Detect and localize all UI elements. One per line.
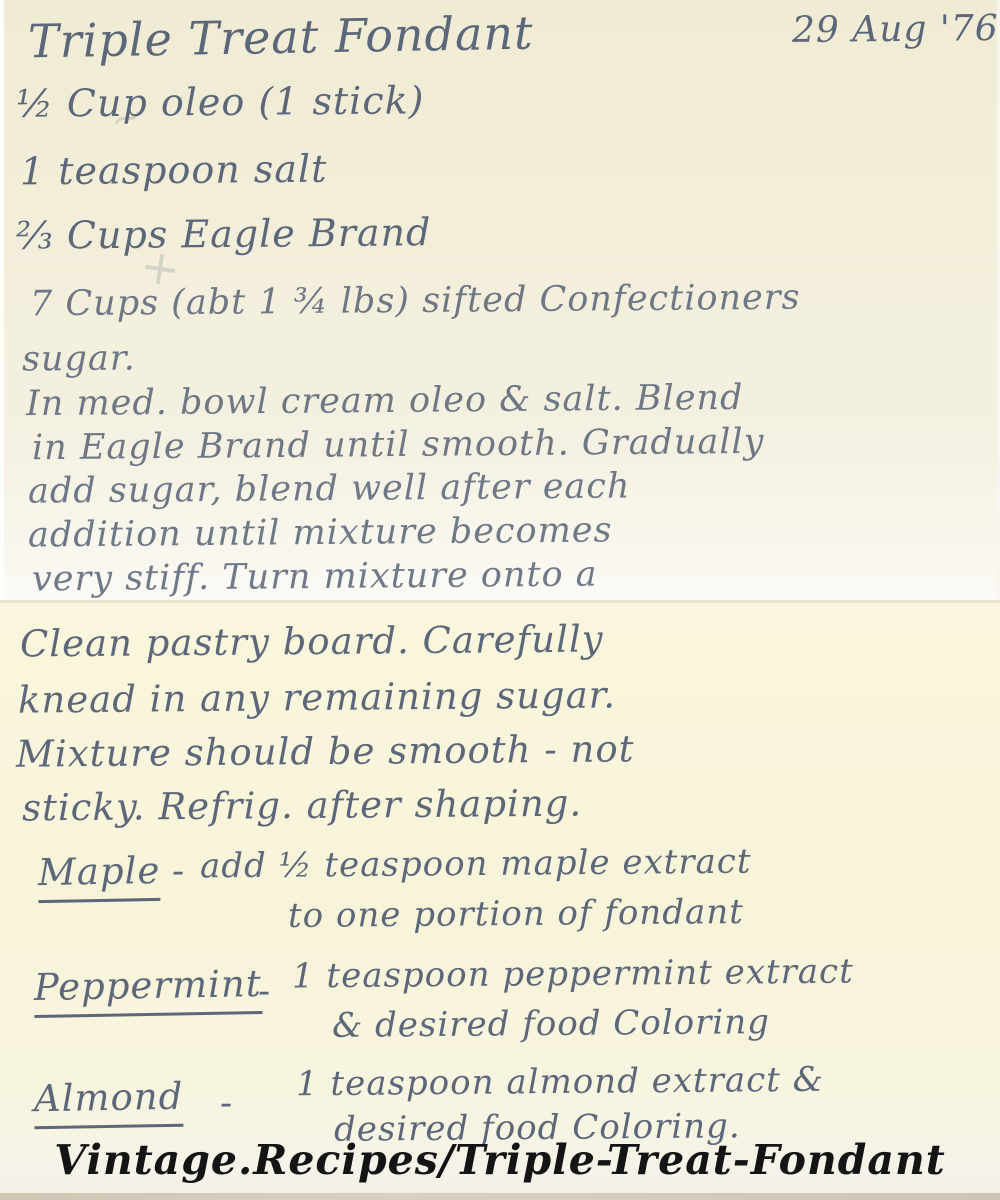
variation-name-almond: Almond (34, 1077, 184, 1129)
ingredient-line: ½ Cup oleo (1 stick) (16, 80, 425, 125)
watermark-text: Vintage.Recipes/Triple-Treat-Fondant (0, 1136, 1000, 1184)
ingredient-line: 7 Cups (abt 1 ¾ lbs) sifted Confectioner… (30, 279, 801, 324)
instruction-line: add sugar, blend well after each (28, 467, 631, 511)
ingredient-line: ⅔ Cups Eagle Brand (16, 212, 432, 257)
variation-line: & desired food Coloring (332, 1004, 770, 1045)
variation-line: add ½ teaspoon maple extract (200, 844, 752, 886)
scan-edge-strip (0, 1193, 1000, 1200)
instruction-line: In med. bowl cream oleo & salt. Blend (26, 379, 744, 424)
instruction-line: addition until mixture becomes (28, 511, 613, 555)
recipe-date: 29 Aug '76 (792, 9, 999, 50)
instruction-line: Mixture should be smooth - not (16, 729, 635, 775)
instruction-line: knead in any remaining sugar. (18, 675, 616, 721)
variation-separator: - (172, 852, 185, 892)
variation-name-maple: Maple (38, 851, 161, 903)
variation-separator: - (258, 972, 271, 1012)
variation-line: to one portion of fondant (288, 894, 744, 935)
ingredient-line: sugar. (22, 340, 136, 379)
recipe-title: Triple Treat Fondant (28, 8, 534, 67)
variation-line: 1 teaspoon peppermint extract (292, 954, 854, 996)
instruction-line: in Eagle Brand until smooth. Gradually (32, 423, 765, 468)
variation-line: 1 teaspoon almond extract & (296, 1062, 824, 1104)
instruction-line: very stiff. Turn mixture onto a (32, 556, 598, 599)
variation-separator: - (220, 1084, 233, 1124)
ingredient-line: 1 teaspoon salt (20, 149, 328, 193)
variation-name-peppermint: Peppermint (34, 964, 263, 1018)
instruction-line: sticky. Refrig. after shaping. (22, 784, 583, 830)
instruction-line: Clean pastry board. Carefully (20, 619, 604, 665)
